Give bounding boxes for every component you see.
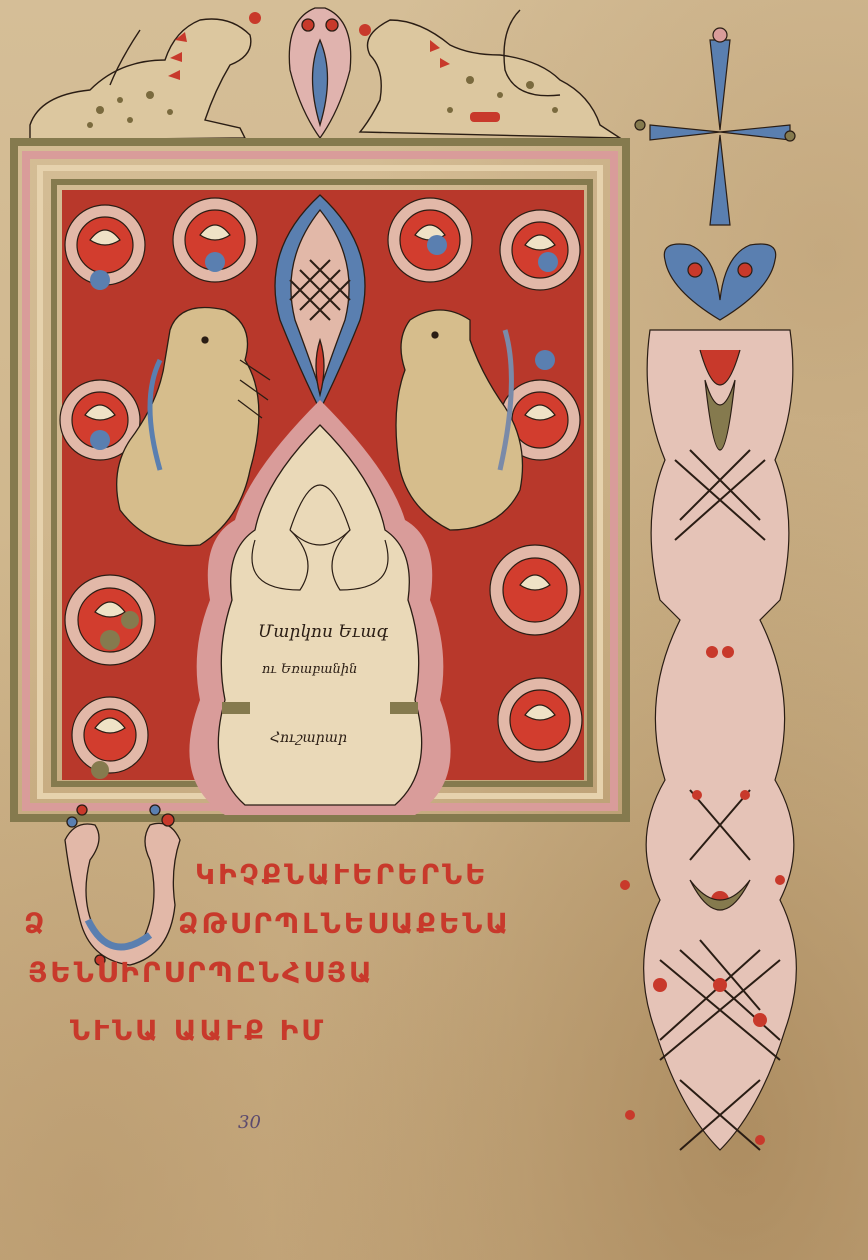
- folio-number: 30: [238, 1112, 261, 1133]
- caption-line-2: ու Եռաբանին: [262, 662, 357, 677]
- rubric-line-1: ԿԻՉՔՆԱՒԵՐԵՐՆԵ: [195, 858, 489, 891]
- palmette-ornament: [289, 8, 350, 138]
- caption-line-1: Մարկոս Եւագ: [258, 622, 388, 642]
- marginal-interlace-column: [620, 28, 796, 1150]
- rubric-line-4: ՆՒՆԱ ԱԱՒՔ ԻՄ: [70, 1014, 326, 1047]
- manuscript-page: Մարկոս Եւագ ու Եռաբանին Հուշարար ԿԻՉՔՆԱՒ…: [0, 0, 868, 1260]
- illumination-artwork: [0, 0, 868, 1260]
- rubric-prefix-1: Ձ: [24, 907, 47, 940]
- rubric-line-2: ՁԹՍՐՊԼՆԵՍԱՔԵՆԱ: [178, 907, 511, 940]
- caption-line-3: Հուշարար: [270, 730, 347, 746]
- zoomorphic-initial: [65, 805, 180, 965]
- rubric-line-3: ՅԵՆՍԻՐՍՐՊԸՆՀՍՅԱ: [28, 956, 375, 989]
